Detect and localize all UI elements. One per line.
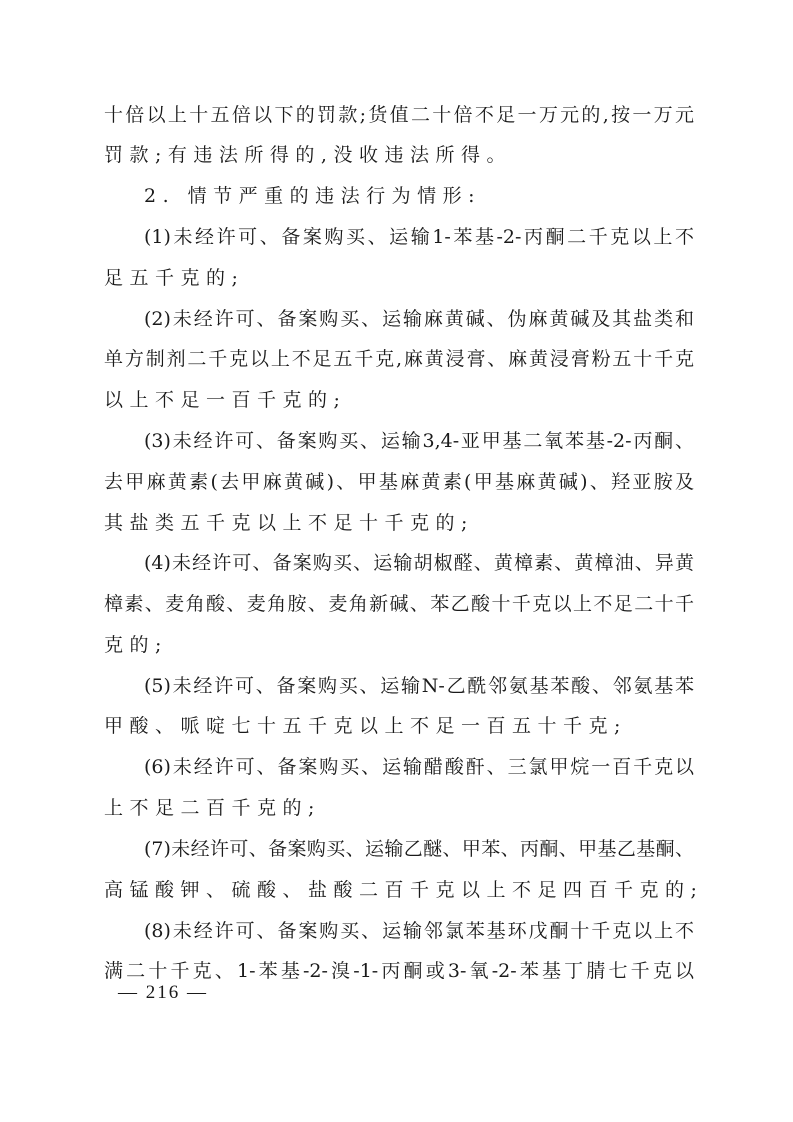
list-item-2-line: (2)未经许可、备案购买、运输麻黄碱、伪麻黄碱及其盐类和: [144, 304, 694, 334]
list-item-3-line: 去甲麻黄素(去甲麻黄碱)、甲基麻黄素(甲基麻黄碱)、羟亚胺及: [104, 467, 694, 497]
list-item-5-line: 甲酸、哌啶七十五千克以上不足一百五十千克;: [104, 711, 627, 741]
list-item-1-line: 足五千克的;: [104, 263, 244, 293]
list-item-7-line: 高锰酸钾、硫酸、盐酸二百千克以上不足四百千克的;: [104, 875, 703, 905]
list-item-8-line: (8)未经许可、备案购买、运输邻氯苯基环戊酮十千克以上不: [144, 916, 694, 946]
list-item-1-line: (1)未经许可、备案购买、运输1-苯基-2-丙酮二千克以上不: [144, 222, 694, 252]
page-number: — 216 —: [118, 982, 208, 1004]
list-item-7-line: (7)未经许可、备案购买、运输乙醚、甲苯、丙酮、甲基乙基酮、: [144, 834, 694, 864]
text-line: 罚款;有违法所得的,没收违法所得。: [104, 140, 512, 170]
list-item-4-line: (4)未经许可、备案购买、运输胡椒醛、黄樟素、黄樟油、异黄: [144, 548, 694, 578]
text-line: 十倍以上十五倍以下的罚款;货值二十倍不足一万元的,按一万元: [104, 100, 694, 130]
list-item-4-line: 樟素、麦角酸、麦角胺、麦角新碱、苯乙酸十千克以上不足二十千: [104, 589, 694, 619]
list-item-2-line: 以上不足一百千克的;: [104, 385, 346, 415]
section-heading: 2. 情节严重的违法行为情形:: [144, 181, 481, 211]
list-item-4-line: 克的;: [104, 630, 168, 660]
list-item-2-line: 单方制剂二千克以上不足五千克,麻黄浸膏、麻黄浸膏粉五十千克: [104, 344, 694, 374]
list-item-6-line: 上不足二百千克的;: [104, 793, 321, 823]
list-item-6-line: (6)未经许可、备案购买、运输醋酸酐、三氯甲烷一百千克以: [144, 752, 694, 782]
list-item-3-line: 其盐类五千克以上不足十千克的;: [104, 508, 474, 538]
list-item-5-line: (5)未经许可、备案购买、运输N-乙酰邻氨基苯酸、邻氨基苯: [144, 671, 694, 701]
list-item-3-line: (3)未经许可、备案购买、运输3,4-亚甲基二氧苯基-2-丙酮、: [144, 426, 694, 456]
